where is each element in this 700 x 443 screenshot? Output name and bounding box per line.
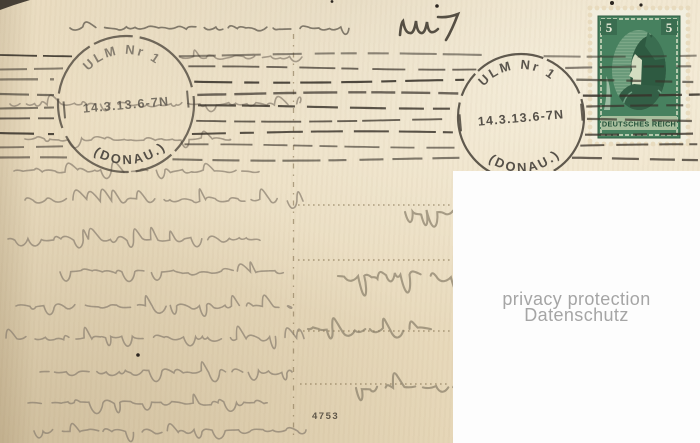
perforation-hole [609, 6, 614, 11]
perforation-hole [686, 97, 691, 102]
cancel-wavy-line [0, 133, 54, 134]
perforation-hole [616, 6, 621, 11]
handwriting-stroke [356, 373, 460, 400]
perforation-hole [686, 76, 691, 81]
perforation-hole [679, 6, 684, 11]
ink-speck [610, 1, 614, 5]
cancel-wavy-line [184, 144, 454, 147]
cancel-wavy-line [172, 158, 469, 161]
perforation-hole [623, 6, 628, 11]
perforation-hole [686, 34, 691, 39]
perforation-hole [651, 6, 656, 11]
corner-note-letters [400, 21, 438, 35]
postmark-left-town-text: ULM Nr 1 [78, 38, 165, 74]
perforation-hole [686, 111, 691, 116]
perforation-hole [588, 34, 593, 39]
perforation-hole [588, 69, 593, 74]
postmark-right-town: ULM Nr 1 [474, 53, 561, 89]
handwriting-stroke [6, 326, 304, 348]
perforation-hole [609, 142, 614, 147]
postmark-left-tick-r [187, 91, 188, 108]
cancel-wavy-line [194, 80, 464, 83]
perforation-hole [588, 62, 593, 67]
ink-speck [639, 3, 642, 6]
perforation-hole [630, 6, 635, 11]
ink-speck [331, 0, 334, 3]
perforation-hole [588, 6, 593, 11]
privacy-line-de: Datenschutz [524, 307, 628, 323]
stamp-value-right: 5 [666, 20, 673, 35]
handwriting-stroke [25, 189, 303, 208]
handwriting-stroke [28, 394, 267, 413]
perforation-hole [588, 111, 593, 116]
perforation-hole [686, 41, 691, 46]
perforation-hole [686, 48, 691, 53]
postmark-left-district: (DONAU.) [90, 138, 170, 171]
perforation-hole [588, 27, 593, 32]
cancel-wavy-line [198, 105, 450, 108]
perforation-hole [686, 20, 691, 25]
handwritten-corner-note [400, 14, 458, 40]
perforation-hole [602, 6, 607, 11]
perforation-hole [588, 83, 593, 88]
perforation-hole [665, 6, 670, 11]
perforation-hole [686, 125, 691, 130]
perforation-hole [686, 104, 691, 109]
perforation-hole [588, 48, 593, 53]
postmark-left-town: ULM Nr 1 [78, 38, 165, 74]
perforation-hole [686, 13, 691, 18]
cancel-wavy-line [0, 94, 54, 95]
postmark-left-district-text: (DONAU.) [90, 138, 170, 171]
postage-stamp: 5 5 DEUTSCHES REICH [588, 6, 691, 147]
postmark-left-tick-l [64, 101, 65, 118]
ink-speck [136, 353, 140, 357]
handwriting-stroke [40, 362, 292, 382]
cancel-wavy-line [586, 105, 694, 106]
postmark-right-town-text: ULM Nr 1 [474, 53, 561, 89]
cancel-wavy-line [179, 53, 494, 56]
perforation-hole [658, 6, 663, 11]
address-ruling-lines [298, 205, 450, 384]
perforation-hole [644, 6, 649, 11]
perforation-hole [588, 20, 593, 25]
cancel-wavy-line [0, 68, 63, 69]
address-handwriting [308, 210, 461, 400]
postmark-left-date: 14.3.13.6-7N [82, 94, 170, 116]
cancel-wavy-line [0, 55, 72, 56]
perforation-hole [651, 142, 656, 147]
perforation-hole [686, 69, 691, 74]
postmark-right-date: 14.3.13.6-7N [477, 107, 565, 129]
privacy-overlay: privacy protection Datenschutz [453, 171, 700, 443]
corner-smudge [0, 0, 30, 10]
perforation-hole [588, 41, 593, 46]
perforation-hole [588, 13, 593, 18]
handwriting-stroke [70, 22, 358, 34]
handwriting-stroke [8, 228, 260, 248]
perforation-hole [686, 83, 691, 88]
perforation-hole [588, 125, 593, 130]
cancel-wavy-line [197, 92, 458, 95]
cancel-wavy-line [585, 134, 693, 135]
catalog-number: 4753 [312, 411, 339, 422]
perforation-hole [686, 6, 691, 11]
ink-speck [435, 4, 439, 8]
handwritten-dateline [70, 22, 358, 34]
cancel-wavy-line [572, 158, 698, 160]
perforation-hole [672, 6, 677, 11]
perforation-hole [595, 6, 600, 11]
postcard-scan: 5 5 DEUTSCHES REICH ULM Nr 1 14.3.13.6-7… [0, 0, 700, 443]
handwriting-stroke [60, 262, 290, 281]
handwriting-stroke [16, 295, 292, 316]
cancel-wavy-line [196, 119, 448, 122]
perforation-hole [686, 139, 691, 144]
cancel-wavy-line [192, 131, 453, 134]
perforation-hole [588, 97, 593, 102]
cancel-wavy-line [0, 108, 54, 109]
perforation-hole [588, 139, 593, 144]
perforation-hole [686, 27, 691, 32]
corner-note-flourish [438, 14, 458, 40]
handwriting-stroke [338, 271, 461, 295]
cancel-wavy-line [0, 146, 63, 147]
handwriting-stroke [34, 424, 306, 442]
perforation-hole [588, 90, 593, 95]
stamp-value-left: 5 [606, 20, 613, 35]
cancel-wavy-line [188, 66, 476, 69]
handwriting-stroke [308, 318, 436, 338]
